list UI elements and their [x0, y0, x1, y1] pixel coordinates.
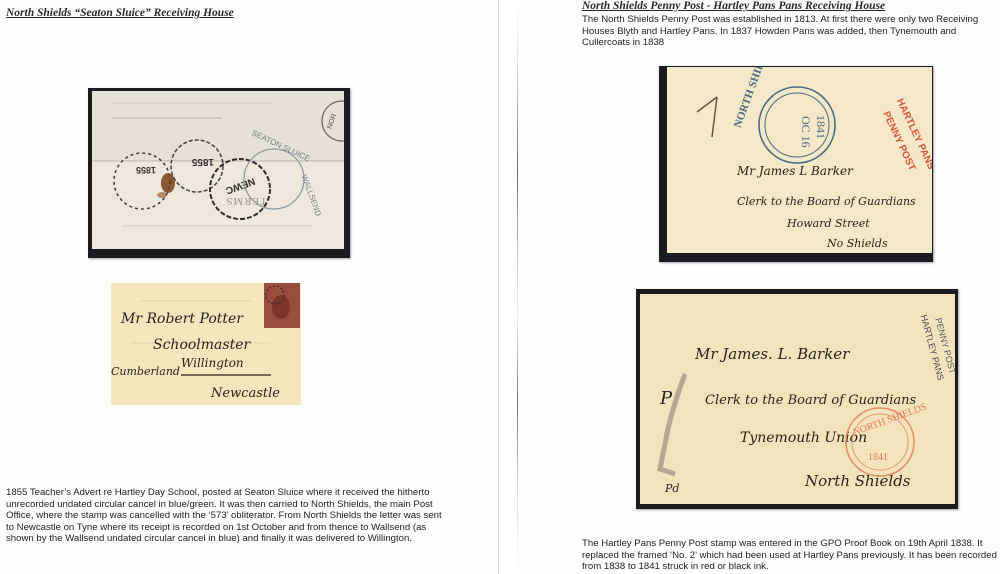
cover-2-mount: P Pd Mr James. L. Barker Clerk to the Bo… [636, 289, 958, 509]
svg-text:Schoolmaster: Schoolmaster [153, 337, 252, 353]
right-page-caption: The Hartley Pans Penny Post stamp was en… [582, 538, 1000, 573]
svg-text:1841: 1841 [868, 452, 888, 463]
left-album-page: North Shields “Seaton Sluice” Receiving … [0, 0, 498, 574]
cover-1-image: NORTH SHIELDS OC 16 1841 HARTLEY PANS PE… [667, 67, 932, 253]
svg-text:Mr James. L. Barker: Mr James. L. Barker [694, 345, 850, 363]
svg-text:Howard Street: Howard Street [786, 217, 870, 230]
svg-text:1841: 1841 [814, 115, 828, 139]
svg-text:P: P [659, 388, 673, 409]
svg-text:Cumberland: Cumberland [111, 365, 180, 378]
svg-text:Mr James L Barker: Mr James L Barker [736, 164, 854, 178]
left-page-heading: North Shields “Seaton Sluice” Receiving … [6, 7, 234, 19]
right-page-heading: North Shields Penny Post - Hartley Pans … [582, 0, 885, 12]
page-divider [498, 0, 499, 574]
svg-text:North Shields: North Shields [804, 472, 911, 490]
svg-text:1855: 1855 [191, 156, 214, 167]
right-album-page: North Shields Penny Post - Hartley Pans … [518, 0, 1000, 574]
svg-text:Mr Robert Potter: Mr Robert Potter [120, 311, 244, 327]
svg-text:OC 16: OC 16 [799, 116, 813, 148]
cover-1-mount: NORTH SHIELDS OC 16 1841 HARTLEY PANS PE… [659, 66, 933, 262]
svg-text:Willington: Willington [181, 356, 244, 370]
svg-text:1855: 1855 [136, 165, 156, 175]
cover-back-image: TERMS 1855 1855 NEWC SEATON SLUICE WALLS… [92, 91, 344, 249]
cover-back-mount: TERMS 1855 1855 NEWC SEATON SLUICE WALLS… [88, 88, 350, 258]
cover-front-image: Mr Robert Potter Schoolmaster Willington… [111, 283, 301, 405]
svg-text:Clerk to the Board of Guardian: Clerk to the Board of Guardians [737, 195, 916, 208]
svg-text:No Shields: No Shields [826, 237, 888, 250]
cover-2-image: P Pd Mr James. L. Barker Clerk to the Bo… [640, 294, 955, 504]
left-page-caption: 1855 Teacher’s Advert re Hartley Day Sch… [6, 487, 446, 545]
svg-text:Clerk to the Board of Guardian: Clerk to the Board of Guardians [705, 393, 917, 408]
right-page-intro: The North Shields Penny Post was establi… [582, 14, 982, 49]
svg-text:Pd: Pd [664, 482, 679, 495]
svg-text:Newcastle: Newcastle [210, 386, 280, 401]
